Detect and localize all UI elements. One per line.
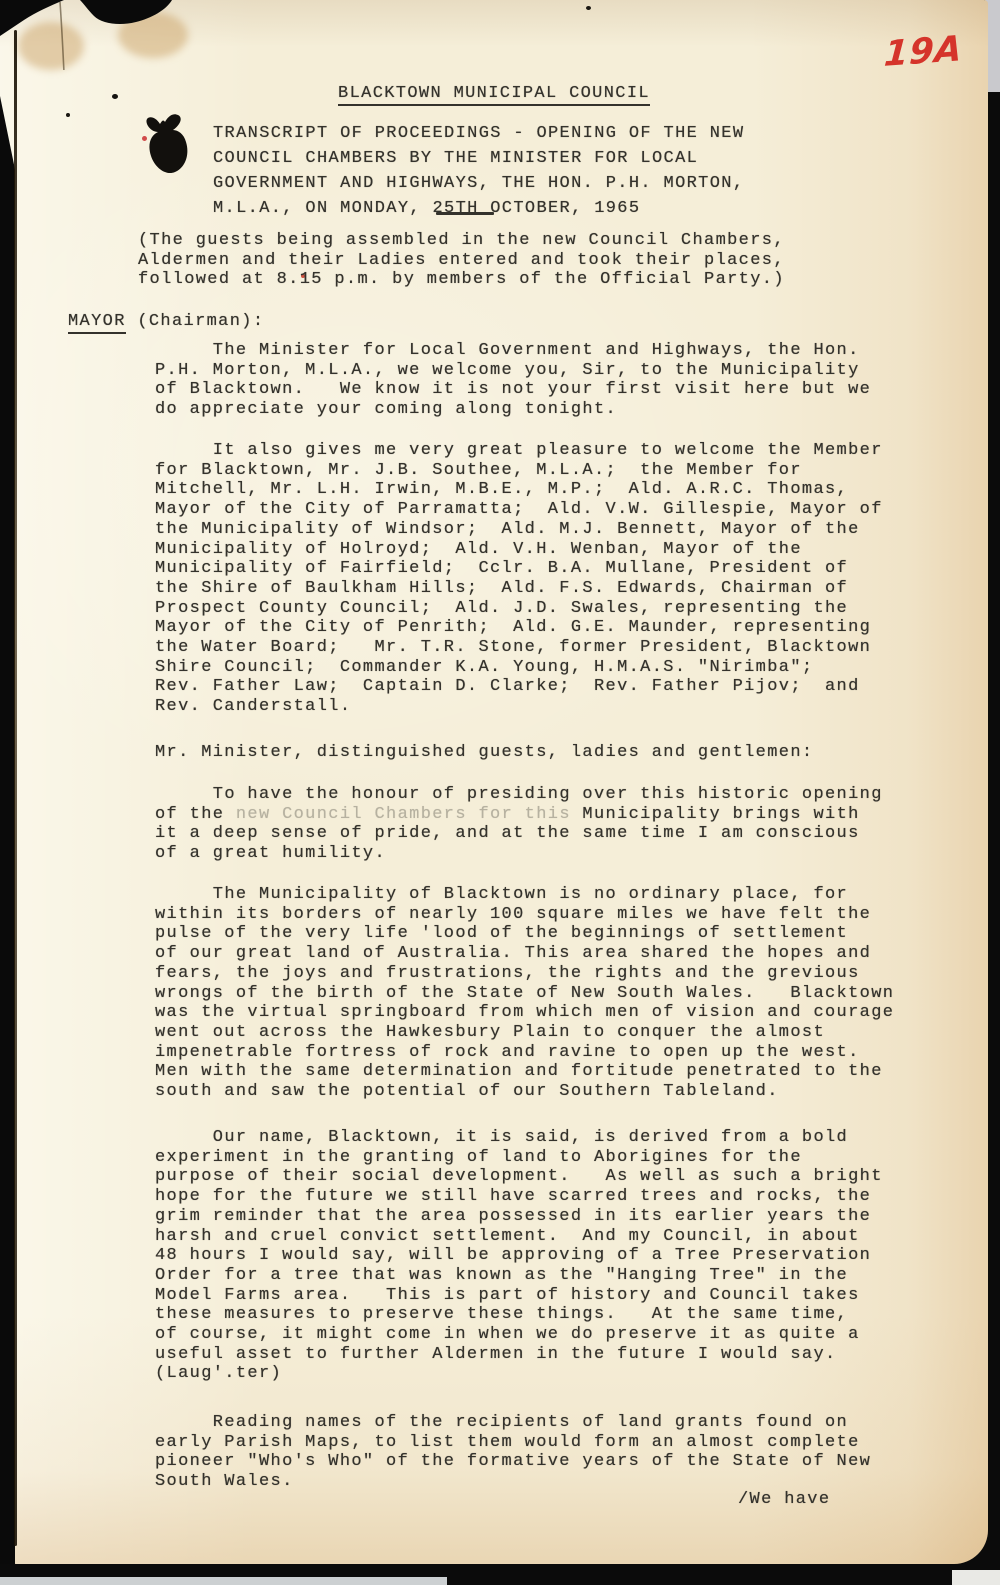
paragraph-municipality: The Municipality of Blacktown is no ordi… <box>155 885 894 1102</box>
handwritten-page-number: 19A <box>883 29 964 75</box>
scanned-document-page: 19A BLACKTOWN MUNICIPAL COUNCIL TRANSCRI… <box>0 0 1000 1585</box>
page-left-edge-line <box>14 30 17 1546</box>
scanner-edge-bottom-left <box>0 1577 447 1585</box>
continuation-marker: /We have <box>738 1490 830 1510</box>
ink-speck <box>66 113 70 117</box>
speaker-heading: MAYOR (Chairman): <box>68 312 264 332</box>
punched-hole-blob <box>138 110 202 194</box>
paragraph-our-name: Our name, Blacktown, it is said, is deri… <box>155 1128 883 1384</box>
document-title-text: BLACKTOWN MUNICIPAL COUNCIL <box>338 84 650 106</box>
ink-speck <box>586 6 591 10</box>
scanner-edge-bottom-right <box>952 1570 1000 1585</box>
paragraph-honour: To have the honour of presiding over thi… <box>155 785 883 864</box>
document-title: BLACKTOWN MUNICIPAL COUNCIL <box>0 84 988 104</box>
preamble-note: (The guests being assembled in the new C… <box>138 231 785 290</box>
torn-corner-top-left <box>0 0 210 70</box>
paragraph-salutation: Mr. Minister, distinguished guests, ladi… <box>155 743 813 763</box>
page-left-shadow-edge <box>0 96 15 1564</box>
paragraph-welcome: The Minister for Local Government and Hi… <box>155 341 871 420</box>
paragraph-guests: It also gives me very great pleasure to … <box>155 441 883 717</box>
date-underline <box>436 212 494 215</box>
paragraph-reading-names: Reading names of the recipients of land … <box>155 1413 871 1492</box>
paper-sheet: 19A BLACKTOWN MUNICIPAL COUNCIL TRANSCRI… <box>0 0 988 1564</box>
speaker-name: MAYOR <box>68 312 126 334</box>
honour-text-faded: new Council Chambers for this <box>236 805 571 824</box>
document-subtitle: TRANSCRIPT OF PROCEEDINGS - OPENING OF T… <box>213 121 744 221</box>
speaker-role: (Chairman): <box>126 312 265 331</box>
